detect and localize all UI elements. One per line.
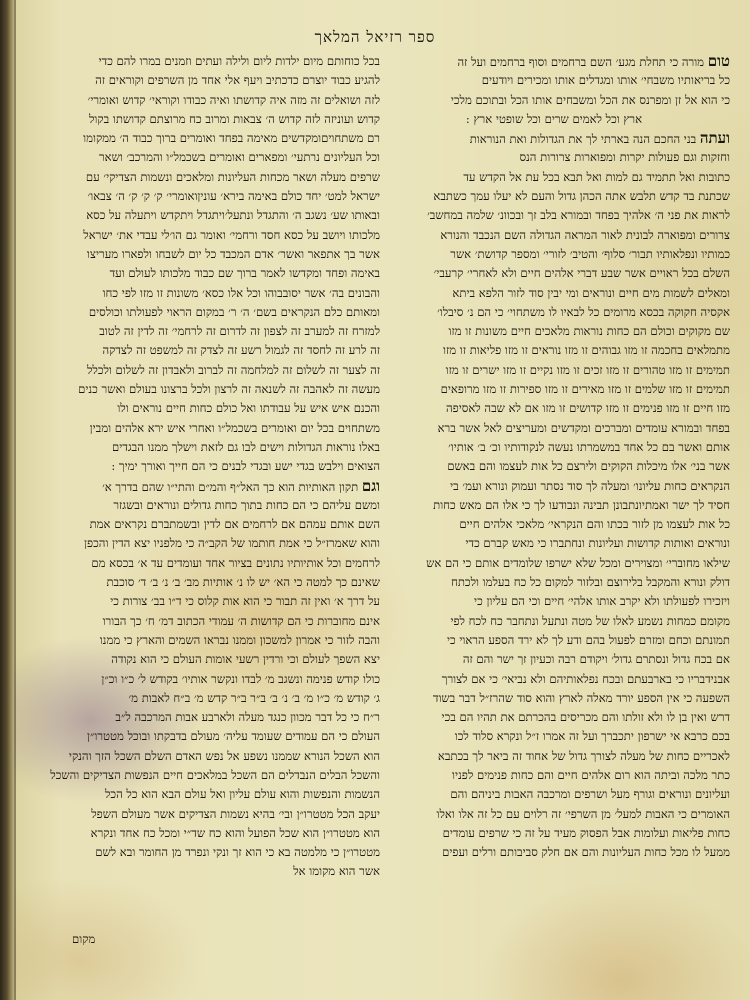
text-line: שכתנת בד קדש תלבש אתה הכהן גדול והעם לא … [378, 187, 730, 206]
text-line: שאינם כך למטה כי הא׳ יש לו נ׳ אותיות מב׳… [38, 573, 380, 592]
left-text-column: בכל כוחותם מיום ילדות ליום ולילה ועתים ו… [38, 52, 380, 882]
text-line: כל אות לעצמו מן לזור בכתו והם הנקראי׳ מל… [378, 515, 730, 534]
text-line: והוא שאמרז״ל כי אמת חותמו של הקב״ה כי מל… [38, 534, 380, 553]
text-line: מלכותו ויושב על כסא חסד ורחמי׳ ואומר גם … [38, 226, 380, 245]
text-line: באלו נוראות הגדולות וישים לבו גם לזאת וי… [38, 438, 380, 457]
text-line: לזה ושואלים זה מזה איה קדושתו ואיה כבודו… [38, 91, 380, 110]
column-end-word: מקום [72, 932, 95, 946]
text-line: דרש ואין בן לו ולא זולתו והם מכריסים בהכ… [378, 708, 730, 727]
text-line: זה לרע זה לחסד זה לגמול רשע זה לצדק זה ל… [38, 341, 380, 360]
text-line: והבונים בה׳ אשר יסובבוהו וכל אלו כסא׳ מש… [38, 284, 380, 303]
text-line: שרפים מעלה ושאר מכחות העליונות ומלאכים ו… [38, 168, 380, 187]
text-line: אבנידבריו כי בארבעתם ובכח נפלאותיהם ולא … [378, 670, 730, 689]
text-line: למזרח זה למערב זה לצפון זה לדרום זה לרחמ… [38, 322, 380, 341]
text-line: להגיע כבוד יוצרם כדכתיב ויעף אלי אחד מן … [38, 71, 380, 90]
right-text-column: טום מורה כי תחלת מגע׳ השם ברחמים וסוף בר… [378, 52, 730, 862]
text-line: בכל כוחותם מיום ילדות ליום ולילה ועתים ו… [38, 52, 380, 71]
text-line: כתר מלכה וביתה הוא רום אלהים חיים והם כח… [378, 766, 730, 785]
text-line: מזו חיים זו מזו פנימים זו מזו קדושים זו … [378, 399, 730, 418]
text-line: הוא מטטרו״ן הוא שכל הפועל והוא כח שד״י ו… [38, 824, 380, 843]
text-line: וחזקות וגם פעולות יקרות ומפוארות צרורות … [378, 148, 730, 167]
text-line: לרחמים וכל אותיותיו נתונים בציור אחד ועו… [38, 554, 380, 573]
text-line: מטטרו״ן כי מלמטה בא כי הוא זך ונקי ונפרד… [38, 843, 380, 862]
text-line: תמימים זו מזו טהורים זו מזו זכים זו מזו … [378, 361, 730, 380]
text-line: קדוש ועוניזה לזה קדוש ה׳ צבאות ומרוב כח … [38, 110, 380, 129]
text-line: הצואים וילבש בגדי ישע ובגדי לבנים כי הם … [38, 457, 380, 476]
text-line: רם משתחויםומקדשים מאימה בפחד ואומרים ברו… [38, 129, 380, 148]
text-line: ועתה בני החכם הנה בארתי לך את הגדולות וא… [378, 129, 730, 148]
text-line: ומאותם כלם הנקראים בשם׳ ה׳ ר׳ במקום הראו… [38, 303, 380, 322]
text-line: אותם ואשר בם כל אחד במשמרתו נעשה לנקודות… [378, 438, 730, 457]
text-line: כתובות ואל תתמיד גם למות ואל תבא בכל עת … [378, 168, 730, 187]
text-line: הנקראים כחות עליונו׳ ומעלה לך סוד נסתר ו… [378, 477, 730, 496]
text-line: אשר בך אתפאר ואשר׳ אדם המכבד כל יום לשבח… [38, 245, 380, 264]
text-line: ג׳ קודש מ׳ כ״ו מ׳ ב׳ נ׳ ב׳ ב״ר ב״ר קדש מ… [38, 689, 380, 708]
text-line: תמימים זו מזו שלמים זו מזו מאירים זו מזו… [378, 380, 730, 399]
text-line: וגם תקון האותיות הוא כך האל״ף והמ״ם והתי… [38, 477, 380, 496]
text-line: ישראל למט׳ יחד כולם באימה בירא׳ עוניןואו… [38, 187, 380, 206]
text-line: השפעה כי אין הספע יורד מאלה לארץ והוא סו… [378, 689, 730, 708]
text-line: אשר הוא מקומו אל [38, 862, 380, 881]
text-line: יצא השפך לעולם וכי ורדין רשעי אומות העול… [38, 650, 380, 669]
text-line: מקומם כמחות נשמע לאלו של מטה ונתעל ונתחב… [378, 612, 730, 631]
text-line: ויזכירו לפעולתו ולא יקרב אותו אלהי׳ חיים… [378, 592, 730, 611]
text-line: אקסיה חקוקה בכסא מרומים כל לבאיו לו משתח… [378, 303, 730, 322]
text-line: מעשה זה לאהבה זה לשנאה זה לרצון ולכל ברצ… [38, 380, 380, 399]
text-line: כמותיו ונפלאותיו תבור׳ סלוף׳ והטיב׳ לזור… [378, 245, 730, 264]
text-line: השם אותם עמהם אם לרחמים אם לדין ובשמתברם… [38, 515, 380, 534]
text-line: דולק ונורא והמקבל בלירוצם ובלזור למקום כ… [378, 573, 730, 592]
section-lead-word: טום [708, 52, 730, 70]
text-line: ומשם עליהם כי הם כחות בתוך כחות גדולים ו… [38, 496, 380, 515]
text-line: כי הוא אל זן ומפרנס את הכל ומשבחים אותו … [378, 91, 730, 110]
section-lead-word: ועתה [700, 129, 730, 147]
text-line: בכם כרבא אי ישרפון יתכברך ועל זה אמרו ז״… [378, 727, 730, 746]
text-line: על דרך א׳ ואין זה תבור כי הוא אות קלוס כ… [38, 592, 380, 611]
text-line: זה לצער זה לשלום זה למלחמה זה לברוב ולאב… [38, 361, 380, 380]
text-line: והכנם איש איש על עבודתו ואל כולם כחות חי… [38, 399, 380, 418]
text-line: טום מורה כי תחלת מגע׳ השם ברחמים וסוף בר… [378, 52, 730, 71]
text-line: ועליונים ונוראים וגורף מעל ושרפים ומרכבה… [378, 785, 730, 804]
text-line: תמונתם וכחם ומזרם לפעול בהם ודע לך לא יר… [378, 631, 730, 650]
text-line: כולו קודש פנימה ונשגב מ׳ לבדו ונקשר אותי… [38, 670, 380, 689]
text-line: שילאו מחוברי׳ ומצוירים ומכל שלא ישרפו של… [378, 554, 730, 573]
text-line: כחות פליאות ועלומות אבל הפסוק מעיד על זה… [378, 824, 730, 843]
text-line: ארץ וכל לאמים שרים וכל שופטי ארץ : [378, 110, 730, 129]
text-line: מתמלאים בחכמה זו מזו גבוהים זו מזו נוראי… [378, 341, 730, 360]
text-line: העולם כי הם עמודים שעומד עליה׳ מעולם בדב… [38, 727, 380, 746]
text-line: ממעל לו מכל כחות העליונות והם אם חלק סבי… [378, 843, 730, 862]
text-line: לראות את פני ה׳ אלהיך בפחד ובמורא בלב זך… [378, 206, 730, 225]
text-line: ונוראים ואותות קדושות ועליונות ונחתברו כ… [378, 534, 730, 553]
book-binding-edge [0, 0, 14, 1000]
text-line: בפחד ובמורא עומדים ומברכים ומקדשים ומערי… [378, 419, 730, 438]
text-line: באימה ופחד ומקדשו לאמר ברוך שם כבוד מלכו… [38, 264, 380, 283]
text-line: צרורים ומפוארה לבונית לאור המראה הגדולה … [378, 226, 730, 245]
text-line: אינם מחוברות כי הם קדושות ה׳ עמודי הכתוב… [38, 612, 380, 631]
gutter-line [14, 0, 16, 1000]
text-line: אשר בני׳ אלו מיכלות הקוקים ולירצם כל אות… [378, 457, 730, 476]
text-line: ומאלים לשמות מים חיים ונוראים ומי יבין ס… [378, 284, 730, 303]
text-line: חסיד לך ישר ואמתיונתבונן תבינה ונבודעו ל… [378, 496, 730, 515]
section-lead-word: וגם [362, 477, 380, 495]
text-line: אם בכח גדול ונסתרם גדול׳ ויקודם רבה וכעי… [378, 650, 730, 669]
text-line: והשכל הבלים הנבדלים הם השכל במלאכים חיים… [38, 766, 380, 785]
text-line: ובאותו שע׳ נשגב ה׳ והתגדל ונתעל׳ויתגדל ו… [38, 206, 380, 225]
text-line: הנשמות והנפשות והוא עולם עליון ואל עולם … [38, 785, 380, 804]
text-line: הוא השכל הנורא שממנו נשפע אל נפש האדם הש… [38, 747, 380, 766]
text-line: האומרים כי האבות למעל׳ מן השרפי׳ זה רלוי… [378, 805, 730, 824]
text-line: משתחוים בכל יום ואומרים בשכמל״ו ואחרי אי… [38, 419, 380, 438]
text-line: לאכריים כחות של מעלה לצורך גדול של אחוד … [378, 747, 730, 766]
text-line: יעקב הכל מטטרו״ן ובי׳ בהיא נשמות הצדיקים… [38, 805, 380, 824]
page-header-title: ספר רזיאל המלאך [0, 28, 750, 47]
text-line: כל בריאותיו משבחי׳ אותו ומגדלים אותו ומכ… [378, 71, 730, 90]
text-line: והבה לזור כי אמרון למשכון וממנו נבראו הש… [38, 631, 380, 650]
text-line: ר״ח כי כל דבר מכוון כנגד מעלה ולארבע אבו… [38, 708, 380, 727]
text-line: וכל העליונים נרתעי׳ ומפארים ואומרים בשכמ… [38, 148, 380, 167]
text-line: שם מקוקים וכולם הם כחות נוראות מלאכים חי… [378, 322, 730, 341]
text-line: השלם בכל ראויים אשר שבע דברי אלהים חיים … [378, 264, 730, 283]
